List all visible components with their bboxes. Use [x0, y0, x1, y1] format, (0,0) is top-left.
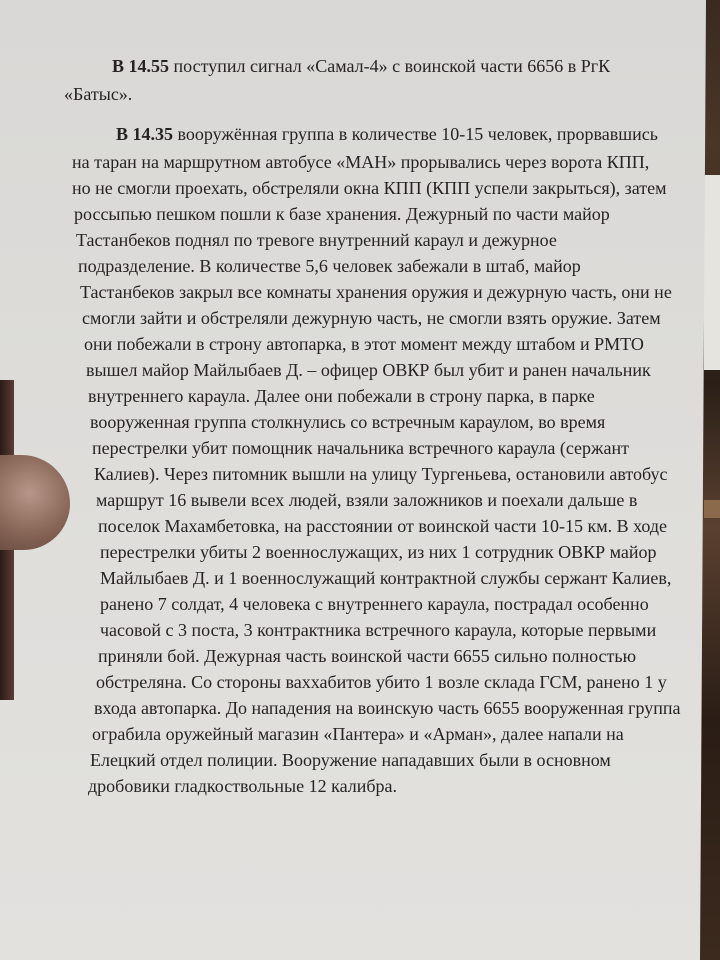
text-line: дробовики гладкоствольные 12 калибра. — [88, 776, 397, 797]
text-line: часовой с 3 поста, 3 контрактника встреч… — [100, 620, 656, 641]
text-line: Майлыбаев Д. и 1 военнослужащий контракт… — [100, 568, 671, 589]
text-line: ограбила оружейный магазин «Пантера» и «… — [92, 724, 624, 745]
text-line: они побежали в строну автопарка, в этот … — [84, 334, 644, 355]
paragraph-1-line-2: «Батыс». — [64, 84, 132, 105]
text-line: вооружённая группа в количестве 10-15 че… — [173, 124, 658, 144]
text-line: поселок Махамбетовка, на расстоянии от в… — [98, 516, 667, 537]
text-line: вышел майор Майлыбаев Д. – офицер ОВКР б… — [86, 360, 651, 381]
text-line: на таран на маршрутном автобусе «МАН» пр… — [72, 152, 649, 173]
text-line: приняли бой. Дежурная часть воинской час… — [98, 646, 636, 667]
text-line: перестрелки убиты 2 военнослужащих, из н… — [100, 542, 657, 563]
text-line: Тастанбеков закрыл все комнаты хранения … — [80, 282, 672, 303]
background-paper — [704, 175, 720, 370]
text-line: «Батыс». — [64, 84, 132, 104]
text-line: Елецкий отдел полиции. Вооружение напада… — [90, 750, 611, 771]
paragraph-1-line-1: В 14.55 поступил сигнал «Самал-4» с воин… — [112, 56, 694, 77]
background-shelf-edge — [704, 500, 720, 518]
text-line: Калиев). Через питомник вышли на улицу Т… — [94, 464, 667, 485]
text-line: поступил сигнал «Самал-4» с воинской час… — [169, 56, 610, 76]
time-label: В 14.55 — [112, 56, 169, 76]
paragraph-2-line-1: В 14.35 вооружённая группа в количестве … — [116, 124, 658, 145]
text-line: ранено 7 солдат, 4 человека с внутреннег… — [100, 594, 649, 615]
text-line: обстреляна. Со стороны ваххабитов убито … — [96, 672, 667, 693]
text-line: Тастанбеков поднял по тревоге внутренний… — [76, 230, 557, 251]
text-line: перестрелки убит помощник начальника вст… — [92, 438, 629, 459]
text-line: внутреннего караула. Далее они побежали … — [88, 386, 595, 407]
text-line: вооруженная группа столкнулись со встреч… — [90, 412, 605, 433]
time-label: В 14.35 — [116, 124, 173, 144]
text-line: подразделение. В количестве 5,6 человек … — [78, 256, 581, 277]
text-line: смогли зайти и обстреляли дежурную часть… — [82, 308, 661, 329]
text-line: входа автопарка. До нападения на воинску… — [94, 698, 681, 719]
text-line: но не смогли проехать, обстреляли окна К… — [72, 178, 667, 199]
text-line: россыпью пешком пошли к базе хранения. Д… — [74, 204, 610, 225]
text-line: маршрут 16 вывели всех людей, взяли зало… — [96, 490, 637, 511]
